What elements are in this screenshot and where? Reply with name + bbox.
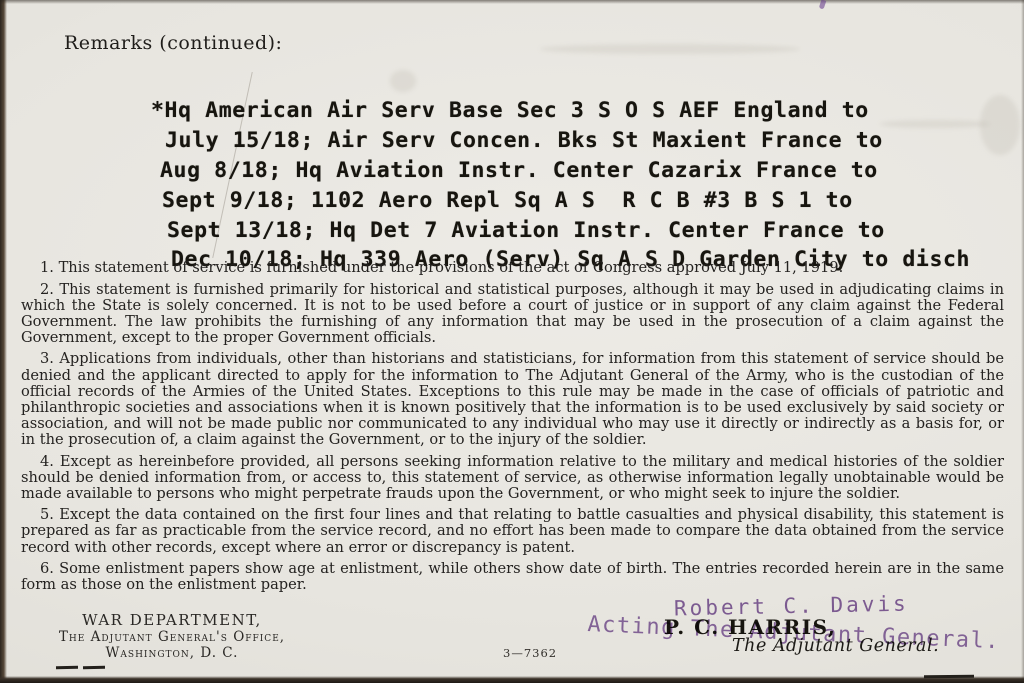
typed-line-3: Aug 8/18; Hq Aviation Instr. Center Caza… [160,158,878,183]
paper-smudge [880,120,990,128]
form-number: 3—7362 [503,646,557,660]
dept-name: WAR DEPARTMENT, [22,611,322,629]
typed-line-4: Sept 9/18; 1102 Aero Repl Sq A S R C B #… [162,188,853,213]
war-department-block: WAR DEPARTMENT, The Adjutant General's O… [22,611,322,661]
bottom-left-dash [83,666,105,669]
paragraph-3: 3. Applications from individuals, other … [21,351,1004,448]
legal-paragraphs: 1. This statement of service is furnishe… [21,260,1004,599]
bottom-right-dash [924,675,974,679]
typed-line-5: Sept 13/18; Hq Det 7 Aviation Instr. Cen… [167,218,885,243]
scan-edge-bottom [0,676,1024,683]
paragraph-5: 5. Except the data contained on the firs… [21,507,1004,555]
remarks-continued-label: Remarks (continued): [64,32,282,54]
paragraph-6: 6. Some enlistment papers show age at en… [21,561,1004,593]
paper-smudge [540,44,800,54]
paper-smudge [390,70,416,92]
paragraph-2: 2. This statement is furnished primarily… [21,282,1004,346]
bottom-left-dash [56,666,78,669]
scan-edge-left [0,0,7,683]
paper-smudge [980,95,1020,155]
dept-city: Washington, D. C. [22,645,322,661]
dept-office: The Adjutant General's Office, [22,629,322,645]
pen-mark [819,0,827,10]
typed-line-1: *Hq American Air Serv Base Sec 3 S O S A… [151,98,869,123]
paragraph-1: 1. This statement of service is furnishe… [21,260,1004,276]
typed-line-2: July 15/18; Air Serv Concen. Bks St Maxi… [165,128,883,153]
scan-edge-top [0,0,1024,4]
paragraph-4: 4. Except as hereinbefore provided, all … [21,454,1004,502]
service-statement-card: Remarks (continued): *Hq American Air Se… [0,0,1024,683]
